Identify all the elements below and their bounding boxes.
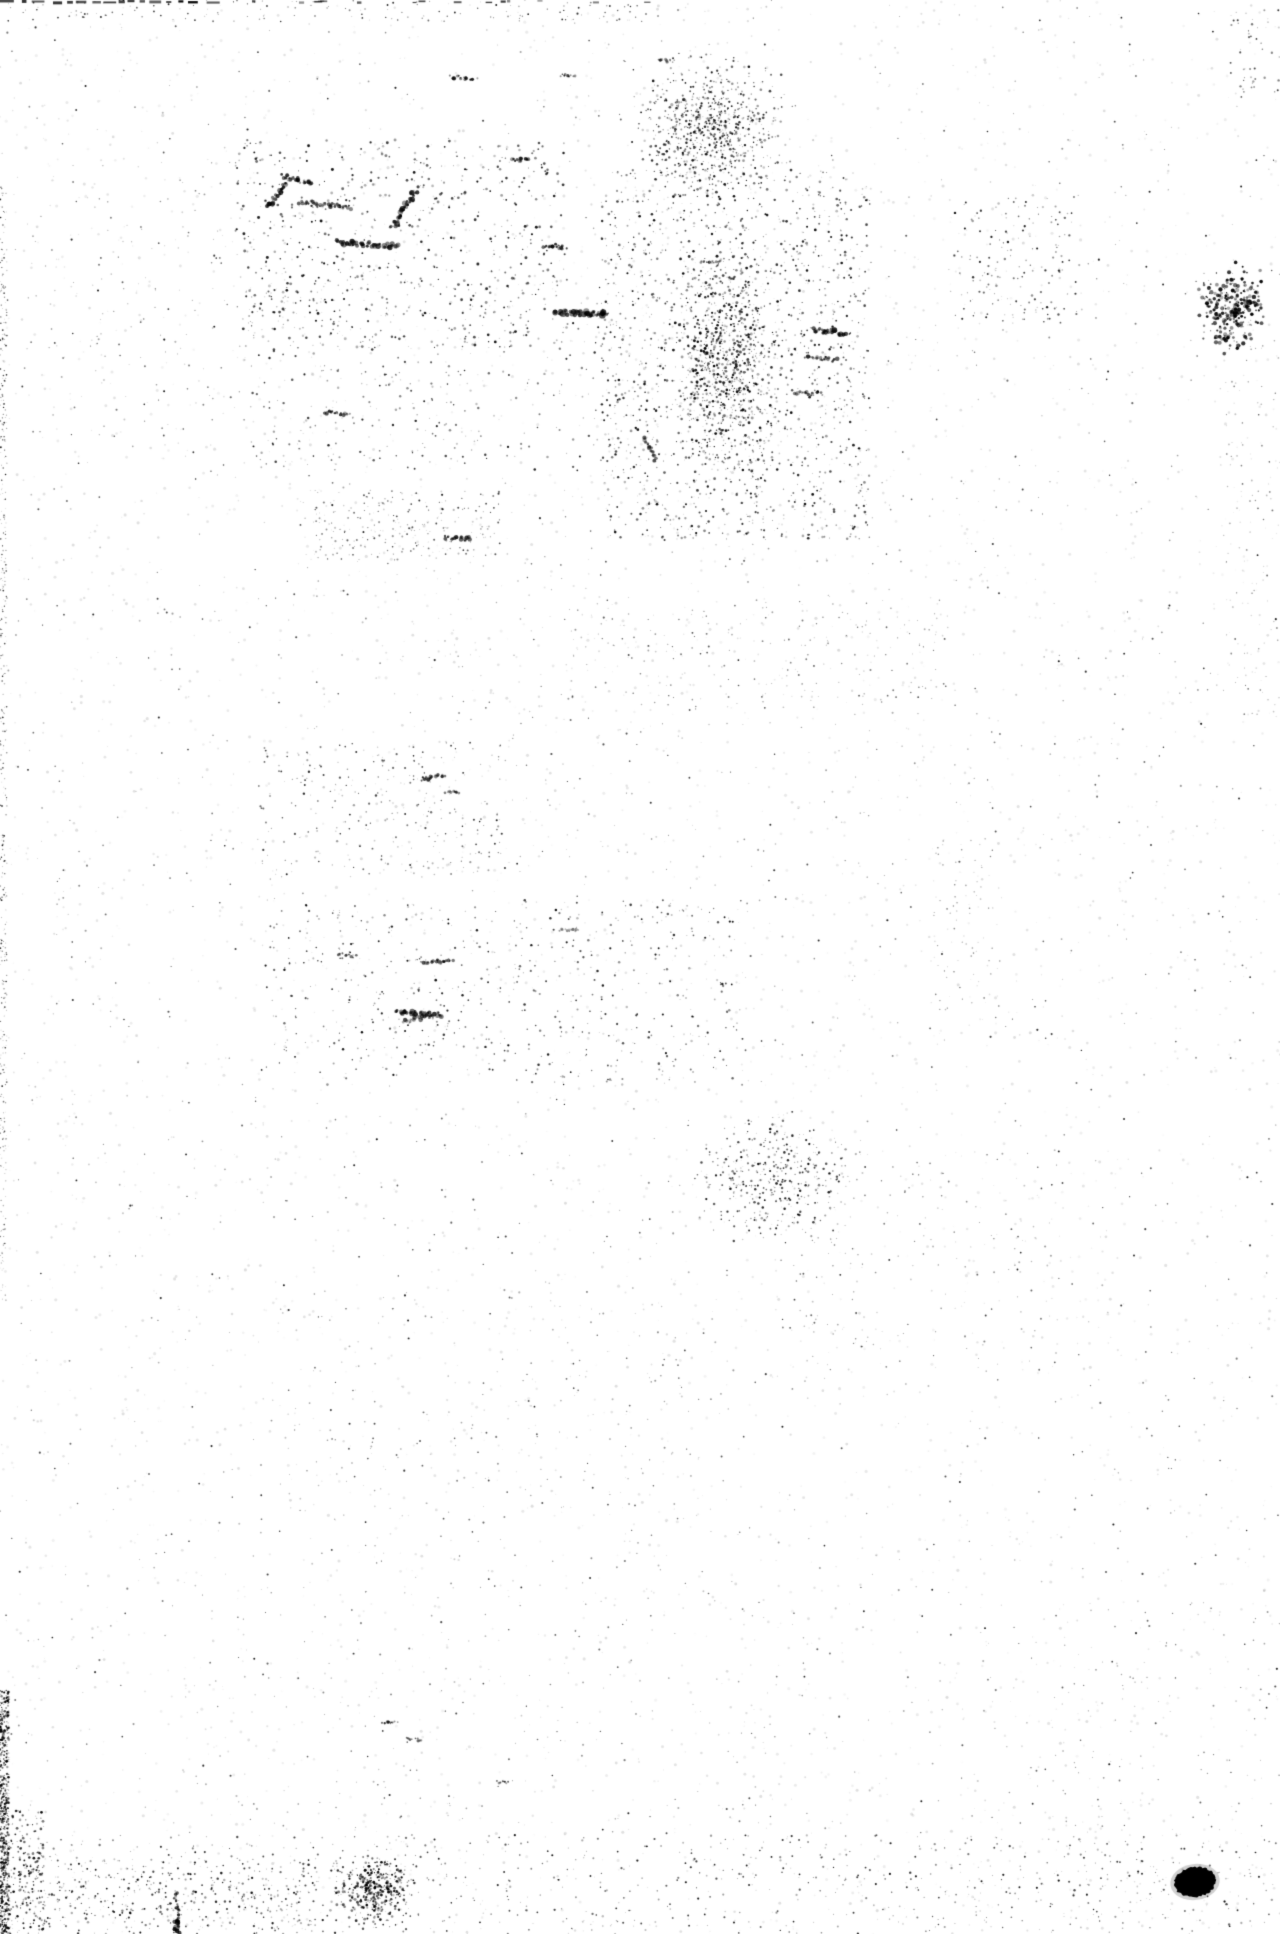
- scanned-blank-page: [0, 0, 1280, 1934]
- scan-noise-canvas: [0, 0, 1280, 1934]
